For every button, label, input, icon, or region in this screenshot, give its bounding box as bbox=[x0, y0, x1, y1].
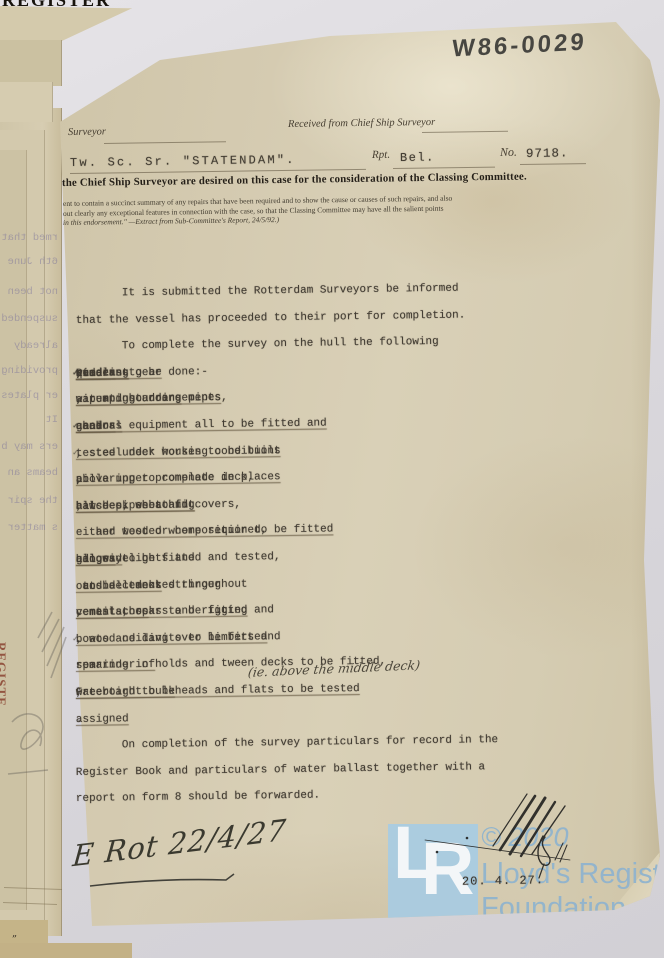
body-text: It is submitted the Rotterdam Surveyors … bbox=[76, 288, 556, 820]
mirrored-fragment: the spir bbox=[0, 495, 58, 507]
typed-segment: assigned bbox=[76, 713, 129, 726]
form-footnote: ent to contain a succinct summary of any… bbox=[63, 199, 452, 228]
typed-segment: and tested where required, bbox=[76, 525, 268, 540]
mirrored-fragment: not been bbox=[0, 286, 58, 298]
pencil-scribble bbox=[6, 606, 76, 786]
typed-segment: . bbox=[76, 713, 83, 725]
report-value: Bel. bbox=[400, 151, 435, 165]
typed-segment: , bbox=[76, 474, 83, 486]
signature bbox=[415, 788, 585, 888]
mirrored-fragment: rmed that bbox=[0, 232, 58, 244]
mirrored-fragment: er plates bbox=[0, 390, 58, 402]
clipped-print-fragment: REGISTER bbox=[0, 0, 112, 13]
typed-segment: air and sounding pipes bbox=[76, 392, 221, 406]
typed-segment: , bbox=[76, 607, 83, 619]
typed-segment: windlass bbox=[76, 367, 129, 380]
watermark-foundation: Foundation bbox=[481, 892, 626, 925]
scanned-document: „ rmed that6th Junenot beensuspendedalre… bbox=[0, 0, 664, 958]
underlay-mirrored-text: rmed that6th Junenot beensuspendedalread… bbox=[0, 0, 60, 958]
typed-segment: , bbox=[76, 368, 83, 380]
mirrored-fragment: 6th June bbox=[0, 256, 58, 268]
paper-strip bbox=[0, 40, 62, 86]
report-label: Rpt. bbox=[372, 149, 390, 161]
mirrored-fragment: beams an bbox=[0, 467, 58, 479]
number-value: 9718. bbox=[526, 146, 569, 161]
typed-date: 20. 4. 27. bbox=[462, 873, 544, 888]
mirrored-fragment: providing bbox=[0, 365, 58, 377]
mirrored-fragment: s matter bbox=[0, 522, 58, 534]
mirrored-fragment: It bbox=[0, 414, 58, 426]
typed-segment: bilges bbox=[76, 553, 116, 566]
typed-segment: general equipment all to be fitted and bbox=[76, 417, 327, 433]
typed-segment: and all deck stringer bbox=[76, 579, 221, 593]
typed-segment: , wood ceiling over limbers and bbox=[76, 631, 281, 646]
typed-segment: report on form 8 should be forwarded. bbox=[76, 790, 320, 805]
mirrored-fragment: already bbox=[0, 340, 58, 352]
typed-segment: remainder of bbox=[76, 659, 155, 672]
received-from-label: Received from Chief Ship Surveyor bbox=[288, 117, 435, 130]
paper-strip bbox=[0, 82, 53, 122]
stamp-fragment: REGISTER bbox=[0, 642, 12, 706]
typed-segment: pillaring to complete in places bbox=[76, 471, 281, 486]
typed-segment: Freeboard to be bbox=[76, 686, 175, 699]
typed-segment: , bbox=[76, 394, 83, 406]
date-note-underline bbox=[88, 872, 238, 892]
number-label: No. bbox=[500, 145, 517, 160]
typed-segment: all deck sheathing bbox=[76, 499, 195, 513]
typed-segment: , steel deck houses to be built bbox=[76, 445, 281, 460]
surveyor-label: Surveyor bbox=[68, 126, 106, 138]
typed-segment: ventilators bbox=[76, 606, 149, 619]
mirrored-fragment: ers may b bbox=[0, 441, 58, 453]
mirrored-fragment: suspended bbox=[0, 313, 58, 325]
